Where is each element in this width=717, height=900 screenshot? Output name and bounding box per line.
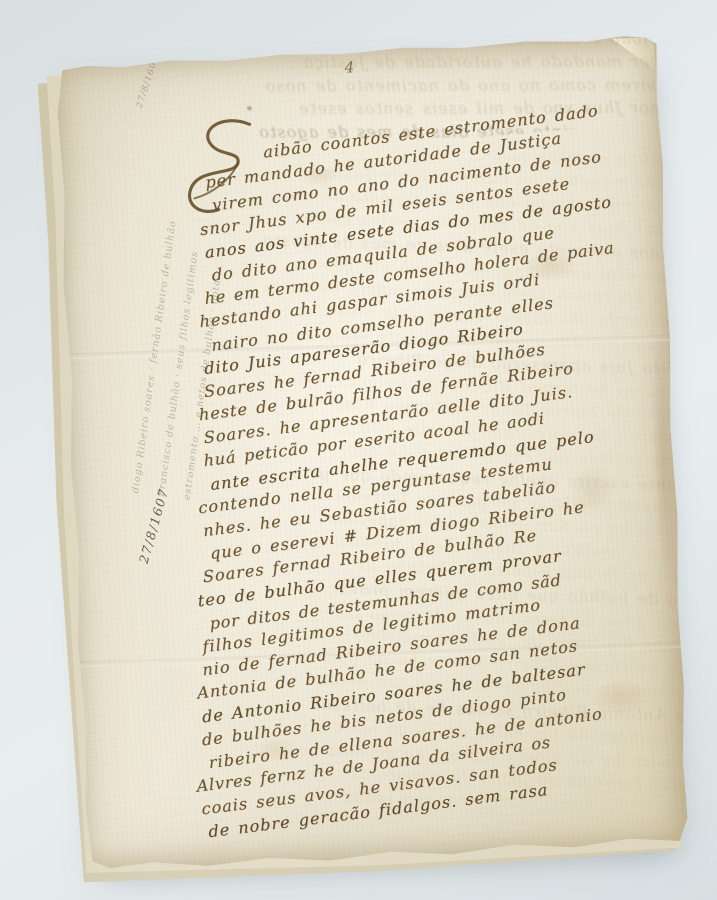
bleedthrough-line: per mandado he autoridade de Justiça [198, 50, 660, 74]
corner-archival-note: 27/8/1607 [135, 21, 172, 110]
top-right-corner-fold [612, 37, 655, 71]
manuscript-text: aibão coantos este estromento dadoper ma… [201, 130, 679, 844]
photograph-background: 4 aibão coantos este estromento dadoper … [0, 0, 717, 900]
page-number: 4 [332, 58, 367, 77]
main-sheet: 4 aibão coantos este estromento dadoper … [49, 35, 691, 873]
bleedthrough-line: aibão coantos este estromento dado [197, 27, 658, 51]
bleedthrough-line: virem como no ano do nacimento de noso [201, 74, 656, 98]
